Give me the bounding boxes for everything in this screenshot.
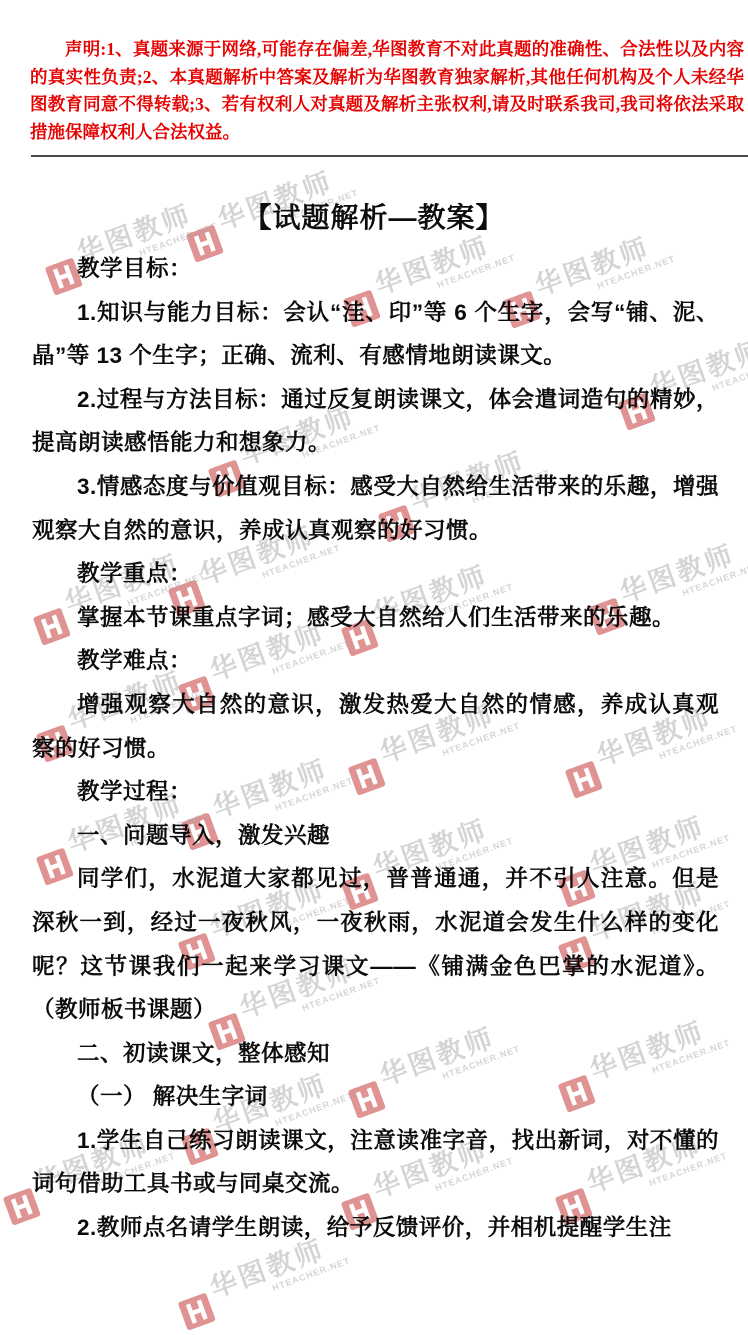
document-page: 华图教师HTEACHER.NET华图教师HTEACHER.NET华图教师HTEA… [0,0,748,1335]
paragraph: 掌握本节课重点字词；感受大自然给人们生活带来的乐趣。 [32,596,719,640]
paragraph: 2.教师点名请学生朗读，给予反馈评价，并相机提醒学生注 [32,1206,719,1250]
paragraph: 一、问题导入，激发兴趣 [32,814,719,858]
paragraph: 同学们，水泥道大家都见过，普普通通，并不引人注意。但是深秋一到，经过一夜秋风，一… [32,857,719,1031]
page-title: 【试题解析—教案】 [0,196,748,236]
paragraph: （一） 解决生字词 [32,1075,719,1119]
paragraph: 教学目标： [32,247,719,291]
disclaimer-text: 1、真题来源于网络,可能存在偏差,华图教育不对此真题的准确性、合法性以及内容的真… [30,39,744,142]
paragraph: 增强观察大自然的意识，激发热爱大自然的情感，养成认真观察的好习惯。 [32,683,719,770]
disclaimer: 声明:1、真题来源于网络,可能存在偏差,华图教育不对此真题的准确性、合法性以及内… [30,36,744,146]
paragraph: 教学过程： [32,770,719,814]
paragraph: 2.过程与方法目标：通过反复朗读课文，体会遣词造句的精妙，提高朗读感悟能力和想象… [32,378,719,465]
paragraph: 1.学生自己练习朗读课文，注意读准字音，找出新词，对不懂的词句借助工具书或与同桌… [32,1119,719,1206]
paragraph: 1.知识与能力目标：会认“洼、印”等 6 个生字，会写“铺、泥、晶”等 13 个… [32,291,719,378]
separator-line [31,155,748,157]
huatu-logo-icon [178,1292,216,1330]
watermark-subtext: HTEACHER.NET [271,1256,352,1293]
disclaimer-label: 声明: [65,39,106,59]
paragraph: 教学难点： [32,639,719,683]
paragraph: 二、初读课文，整体感知 [32,1032,719,1076]
paragraph: 3.情感态度与价值观目标：感受大自然给生活带来的乐趣，增强观察大自然的意识，养成… [32,465,719,552]
paragraph: 教学重点： [32,552,719,596]
lesson-plan-body: 教学目标：1.知识与能力目标：会认“洼、印”等 6 个生字，会写“铺、泥、晶”等… [32,247,719,1250]
